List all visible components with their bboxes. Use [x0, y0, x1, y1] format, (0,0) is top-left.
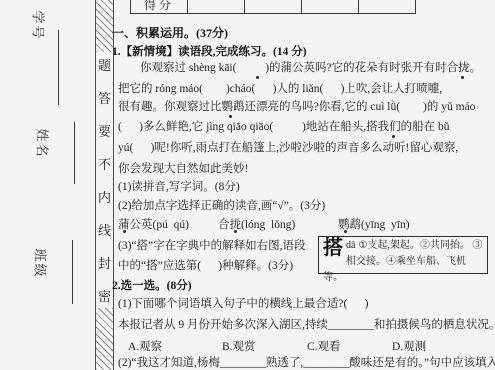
choice-b: B.观赏 [222, 338, 256, 354]
passage-line: 把它的 róng máo( )cháo( )人的 liǎn( )上吹,会让人打喷… [118, 82, 442, 96]
seal-char: 答 [98, 88, 111, 107]
q2-sub-question-1: (1)下面哪个词语填入句子中的横线上最合适?( ) [118, 297, 368, 311]
dictionary-pinyin: dā [346, 240, 355, 251]
dictionary-box: 搭dā①支起,架起。②共同抬。 ③相交接。④乘坐车船、飞机等。 [318, 236, 488, 274]
dictionary-headword: 搭 [323, 238, 343, 258]
student-number-blank-line [58, 30, 59, 105]
score-table-label-cell: 得分 [130, 0, 188, 14]
student-number-label: 学号 [30, 10, 49, 40]
q2-sentence-with-blank: 本报记者从 9 月份开始多次深入湖区,持续________和拍摄候鸟的栖息状况。 [118, 318, 495, 332]
score-table-empty-cell [301, 0, 359, 14]
sub-question-3-line1: (3)“搭”字在字典中的解释如右图,语段 [118, 239, 306, 253]
passage-line: 你观察过 shèng kāi( )的蒲公英吗?它的花朵有时张开有时合拢。 [140, 61, 481, 75]
seal-char: 题 [98, 55, 111, 74]
sub-question-2: (2)给加点字选择正确的读音,画“√”。(3分) [118, 199, 325, 213]
sub-question-3-line2: 中的“搭”应选第( )种解释。(3分) [118, 259, 293, 273]
seal-char: 封 [98, 253, 111, 272]
dictionary-definitions-line1: ①支起,架起。②共同抬。 [358, 240, 469, 251]
seal-line-text: 题 答 要 不 内 线 封 密 [96, 52, 113, 308]
pinyin-choice: 合拢(lóng lǒng) [218, 216, 295, 232]
choice-d: D.观测 [392, 338, 426, 354]
class-blank-line [72, 240, 73, 304]
pinyin-choice: 鹦鹉(yīng yīn) [338, 216, 410, 232]
choice-c: C.观看 [307, 338, 341, 354]
seal-char: 密 [98, 286, 111, 305]
question2-heading: 2.选一选。(8分) [112, 279, 192, 293]
emphasis-dot [344, 230, 347, 233]
emphasis-dot [229, 115, 232, 118]
question1-heading: 1.【新情境】读语段,完成练习。(14 分) [112, 45, 307, 59]
name-blank-line [74, 122, 75, 184]
sub-question-1: (1)读拼音,写字词。(8分) [118, 180, 240, 194]
emphasis-dot [234, 230, 237, 233]
score-table-empty-cell [244, 0, 302, 14]
q2-sub-question-2: (2)“我这才知道,杨梅________熟透了,________酸味还是有的。”… [118, 356, 495, 370]
passage-line: 很有趣。你观察过比鹦鹉还漂亮的鸟吗?你看,它的 cuì lǜ( )的 yǔ má… [118, 100, 475, 114]
choice-a: A.观察 [128, 338, 162, 354]
hatch-pattern-bottom [96, 308, 113, 370]
emphasis-dot [256, 76, 259, 79]
section-title: 一、积累运用。(37分) [112, 26, 228, 40]
exam-paper-page: 学号 姓名 班级 题 答 要 不 内 线 封 密 得分 一、积累运用。(37分)… [0, 0, 495, 370]
seal-char: 内 [98, 187, 111, 206]
emphasis-dot [123, 230, 126, 233]
score-table-empty-cell [358, 0, 416, 14]
hatch-pattern-top [96, 0, 113, 52]
emphasis-dot [461, 76, 464, 79]
seal-char: 要 [98, 121, 111, 140]
passage-line: ( )多么鲜艳,它 jìng qiāo qiāo( )地站在船头,搭我们的船在 … [118, 120, 450, 134]
pinyin-choice: 蒲公英(pú qú) [118, 216, 189, 232]
score-table-empty-cell [187, 0, 245, 14]
seal-char: 线 [98, 220, 111, 239]
name-label: 姓名 [34, 128, 53, 158]
seal-char: 不 [98, 154, 111, 173]
passage-line: yú( )呢!你听,雨点打在船篷上,沙啦沙啦的声音多么动听!留心观察, [118, 141, 458, 155]
score-table: 得分 [130, 0, 416, 14]
emphasis-dot [392, 135, 395, 138]
class-label: 班级 [32, 248, 51, 278]
passage-line: 你会发现大自然如此美妙! [118, 162, 248, 176]
